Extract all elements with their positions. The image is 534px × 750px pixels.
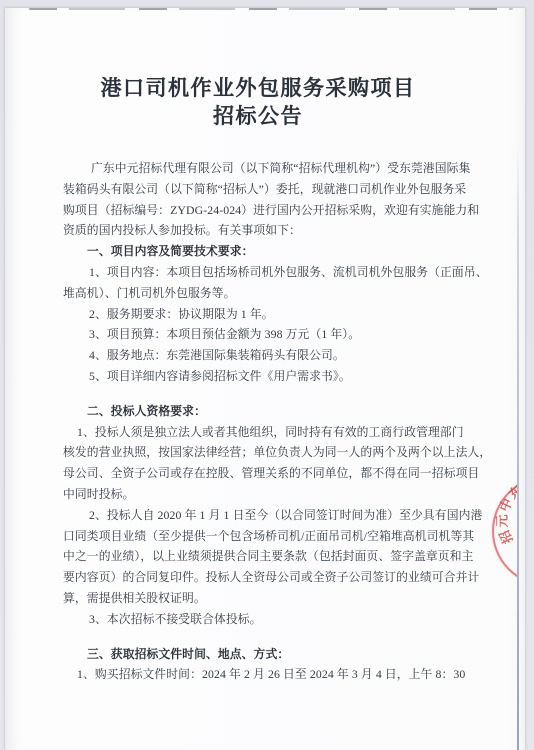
title-line-1: 港口司机作业外包服务采购项目 [5, 74, 511, 102]
text-line: 2、服务期要求：协议期限为 1 年。 [63, 304, 519, 325]
text-line: 1、购买招标文件时间：2024 年 2 月 26 日至 2024 年 3 月 4… [63, 664, 519, 685]
text-line: 口同类项目业绩（至少提供一个包含场桥司机/正面吊司机/空箱堆高机司机等其 [63, 526, 519, 547]
section-heading: 一、项目内容及简要技术要求： [63, 241, 519, 262]
text-line: 1、项目内容：本项目包括场桥司机外包服务、流机司机外包服务（正面吊、 [63, 262, 519, 283]
text-line: 母公司、全资子公司或存在控股、管理关系的不同单位，都不得在同一招标项目 [63, 463, 519, 484]
text-line: 2、投标人自 2020 年 1 月 1 日至今（以合同签订时间为准）至少具有国内… [63, 505, 519, 526]
document-title: 港口司机作业外包服务采购项目 招标公告 [5, 74, 511, 130]
text-line: 1、投标人须是独立法人或者其他组织，同时持有有效的工商行政管理部门 [63, 422, 519, 443]
text-line: 堆高机）、门机司机外包服务等。 [63, 283, 519, 304]
document-page: 港口司机作业外包服务采购项目 招标公告 广东中元招标代理有限公司（以下简称“招标… [5, 8, 525, 750]
text-line: 核发的营业执照，按国家法律经营；单位负责人为同一人的两个及两个以上法人， [63, 442, 519, 463]
text-line: 5、项目详细内容请参阅招标文件《用户需求书》。 [63, 366, 519, 387]
text-line: 3、本次招标不接受联合体投标。 [63, 609, 519, 630]
text-line: 资质的国内投标人参加投标。有关事项如下： [63, 220, 519, 241]
scanned-document-screenshot: { "document": { "title_line1": "港口司机作业外包… [0, 0, 534, 750]
text-line: 3、项目预算：本项目预估金额为 398 万元（1 年）。 [63, 324, 519, 345]
text-line: 算，需提供相关股权证明。 [63, 588, 519, 609]
text-line: 装箱码头有限公司（以下简称“招标人”）委托，现就港口司机作业外包服务采 [63, 179, 519, 200]
text-line: 要内容页）的合同复印件。投标人全资母公司或全资子公司签订的业绩可合并计 [63, 567, 519, 588]
text-line: 中同时投标。 [63, 484, 519, 505]
text-line: 中之一的业绩），以上业绩须提供合同主要条款（包括封面页、签字盖章页和主 [63, 546, 519, 567]
text-line: 广东中元招标代理有限公司（以下简称“招标代理机构”）受东莞港国际集 [63, 158, 519, 179]
text-line: 购项目（招标编号：ZYDG-24-024）进行国内公开招标采购，欢迎有实施能力和 [63, 200, 519, 221]
title-line-2: 招标公告 [5, 102, 511, 130]
document-body: 广东中元招标代理有限公司（以下简称“招标代理机构”）受东莞港国际集装箱码头有限公… [63, 158, 519, 685]
section-heading: 三、获取招标文件时间、地点、方式： [63, 644, 519, 665]
text-line: 4、服务地点：东莞港国际集装箱码头有限公司。 [63, 345, 519, 366]
section-heading: 二、投标人资格要求： [63, 401, 519, 422]
